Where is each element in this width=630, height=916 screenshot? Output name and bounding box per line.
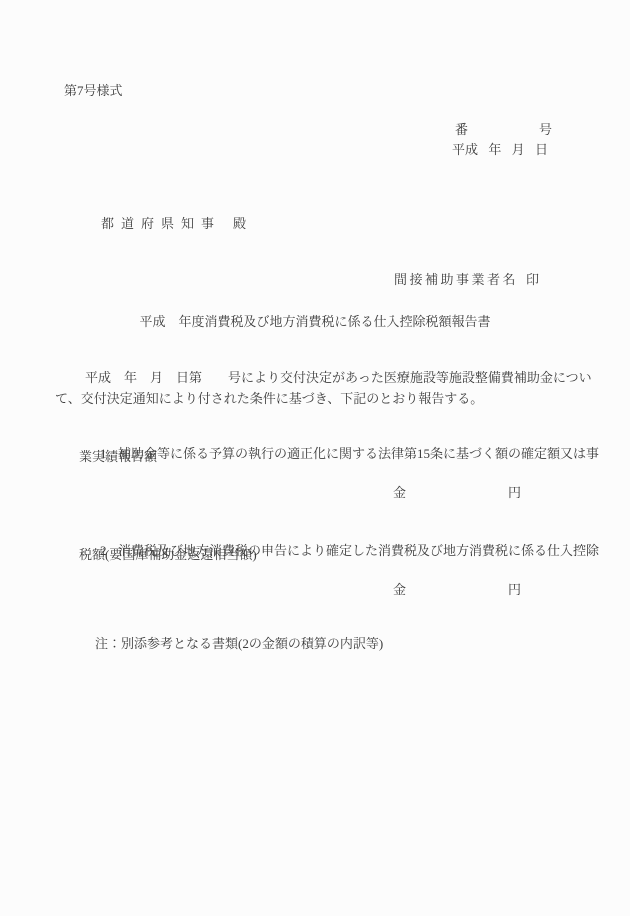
body-paragraph-line-2: て、交付決定通知により付された条件に基づき、下記のとおり報告する。 (55, 390, 483, 407)
date-day: 日 (535, 141, 548, 158)
body-paragraph-line-1: 平成 年 月 日第 号により交付決定があった医療施設等施設整備費補助金につい (85, 369, 592, 386)
item-2-amount-prefix: 金 (393, 581, 406, 598)
issuer-label: 間接補助事業者名 (394, 272, 518, 287)
item-1-text: 補助金等に係る予算の執行の適正化に関する法律第15条に基づく額の確定額又は事 (118, 446, 599, 461)
item-1-amount-unit: 円 (508, 484, 521, 501)
item-2-line-2: 税額(要国庫補助金返還相当額) (79, 546, 257, 563)
item-1-amount-prefix: 金 (393, 484, 406, 501)
issuer-seal-mark: 印 (526, 272, 539, 287)
date-month: 月 (512, 141, 525, 158)
recipient-honorific: 殿 (233, 216, 246, 231)
item-1-amount-line: 金 円 (393, 484, 521, 501)
date-line: 平成 年 月 日 (452, 141, 548, 158)
ref-suffix: 号 (539, 121, 552, 138)
ref-prefix: 番 (455, 121, 468, 138)
document-title: 平成 年度消費税及び地方消費税に係る仕入控除税額報告書 (0, 313, 630, 330)
reference-number-line: 番 号 (455, 121, 552, 138)
item-1-line-1: 1補助金等に係る予算の執行の適正化に関する法律第15条に基づく額の確定額又は事 (87, 428, 599, 479)
date-era: 平成 (452, 141, 478, 158)
date-year: 年 (488, 141, 501, 158)
footnote: 注：別添参考となる書類(2の金額の積算の内訳等) (95, 635, 383, 652)
item-2-amount-line: 金 円 (393, 581, 521, 598)
form-number: 第7号様式 (64, 82, 123, 99)
item-1-line-2: 業実績報告額 (79, 448, 157, 465)
recipient-name: 都道府県知事 (101, 216, 221, 231)
recipient-line: 都道府県知事殿 (88, 198, 246, 249)
document-page: 第7号様式 番 号 平成 年 月 日 都道府県知事殿 間接補助事業者名印 平成 … (0, 0, 630, 916)
issuer-line: 間接補助事業者名印 (381, 254, 539, 305)
item-2-amount-unit: 円 (508, 581, 521, 598)
